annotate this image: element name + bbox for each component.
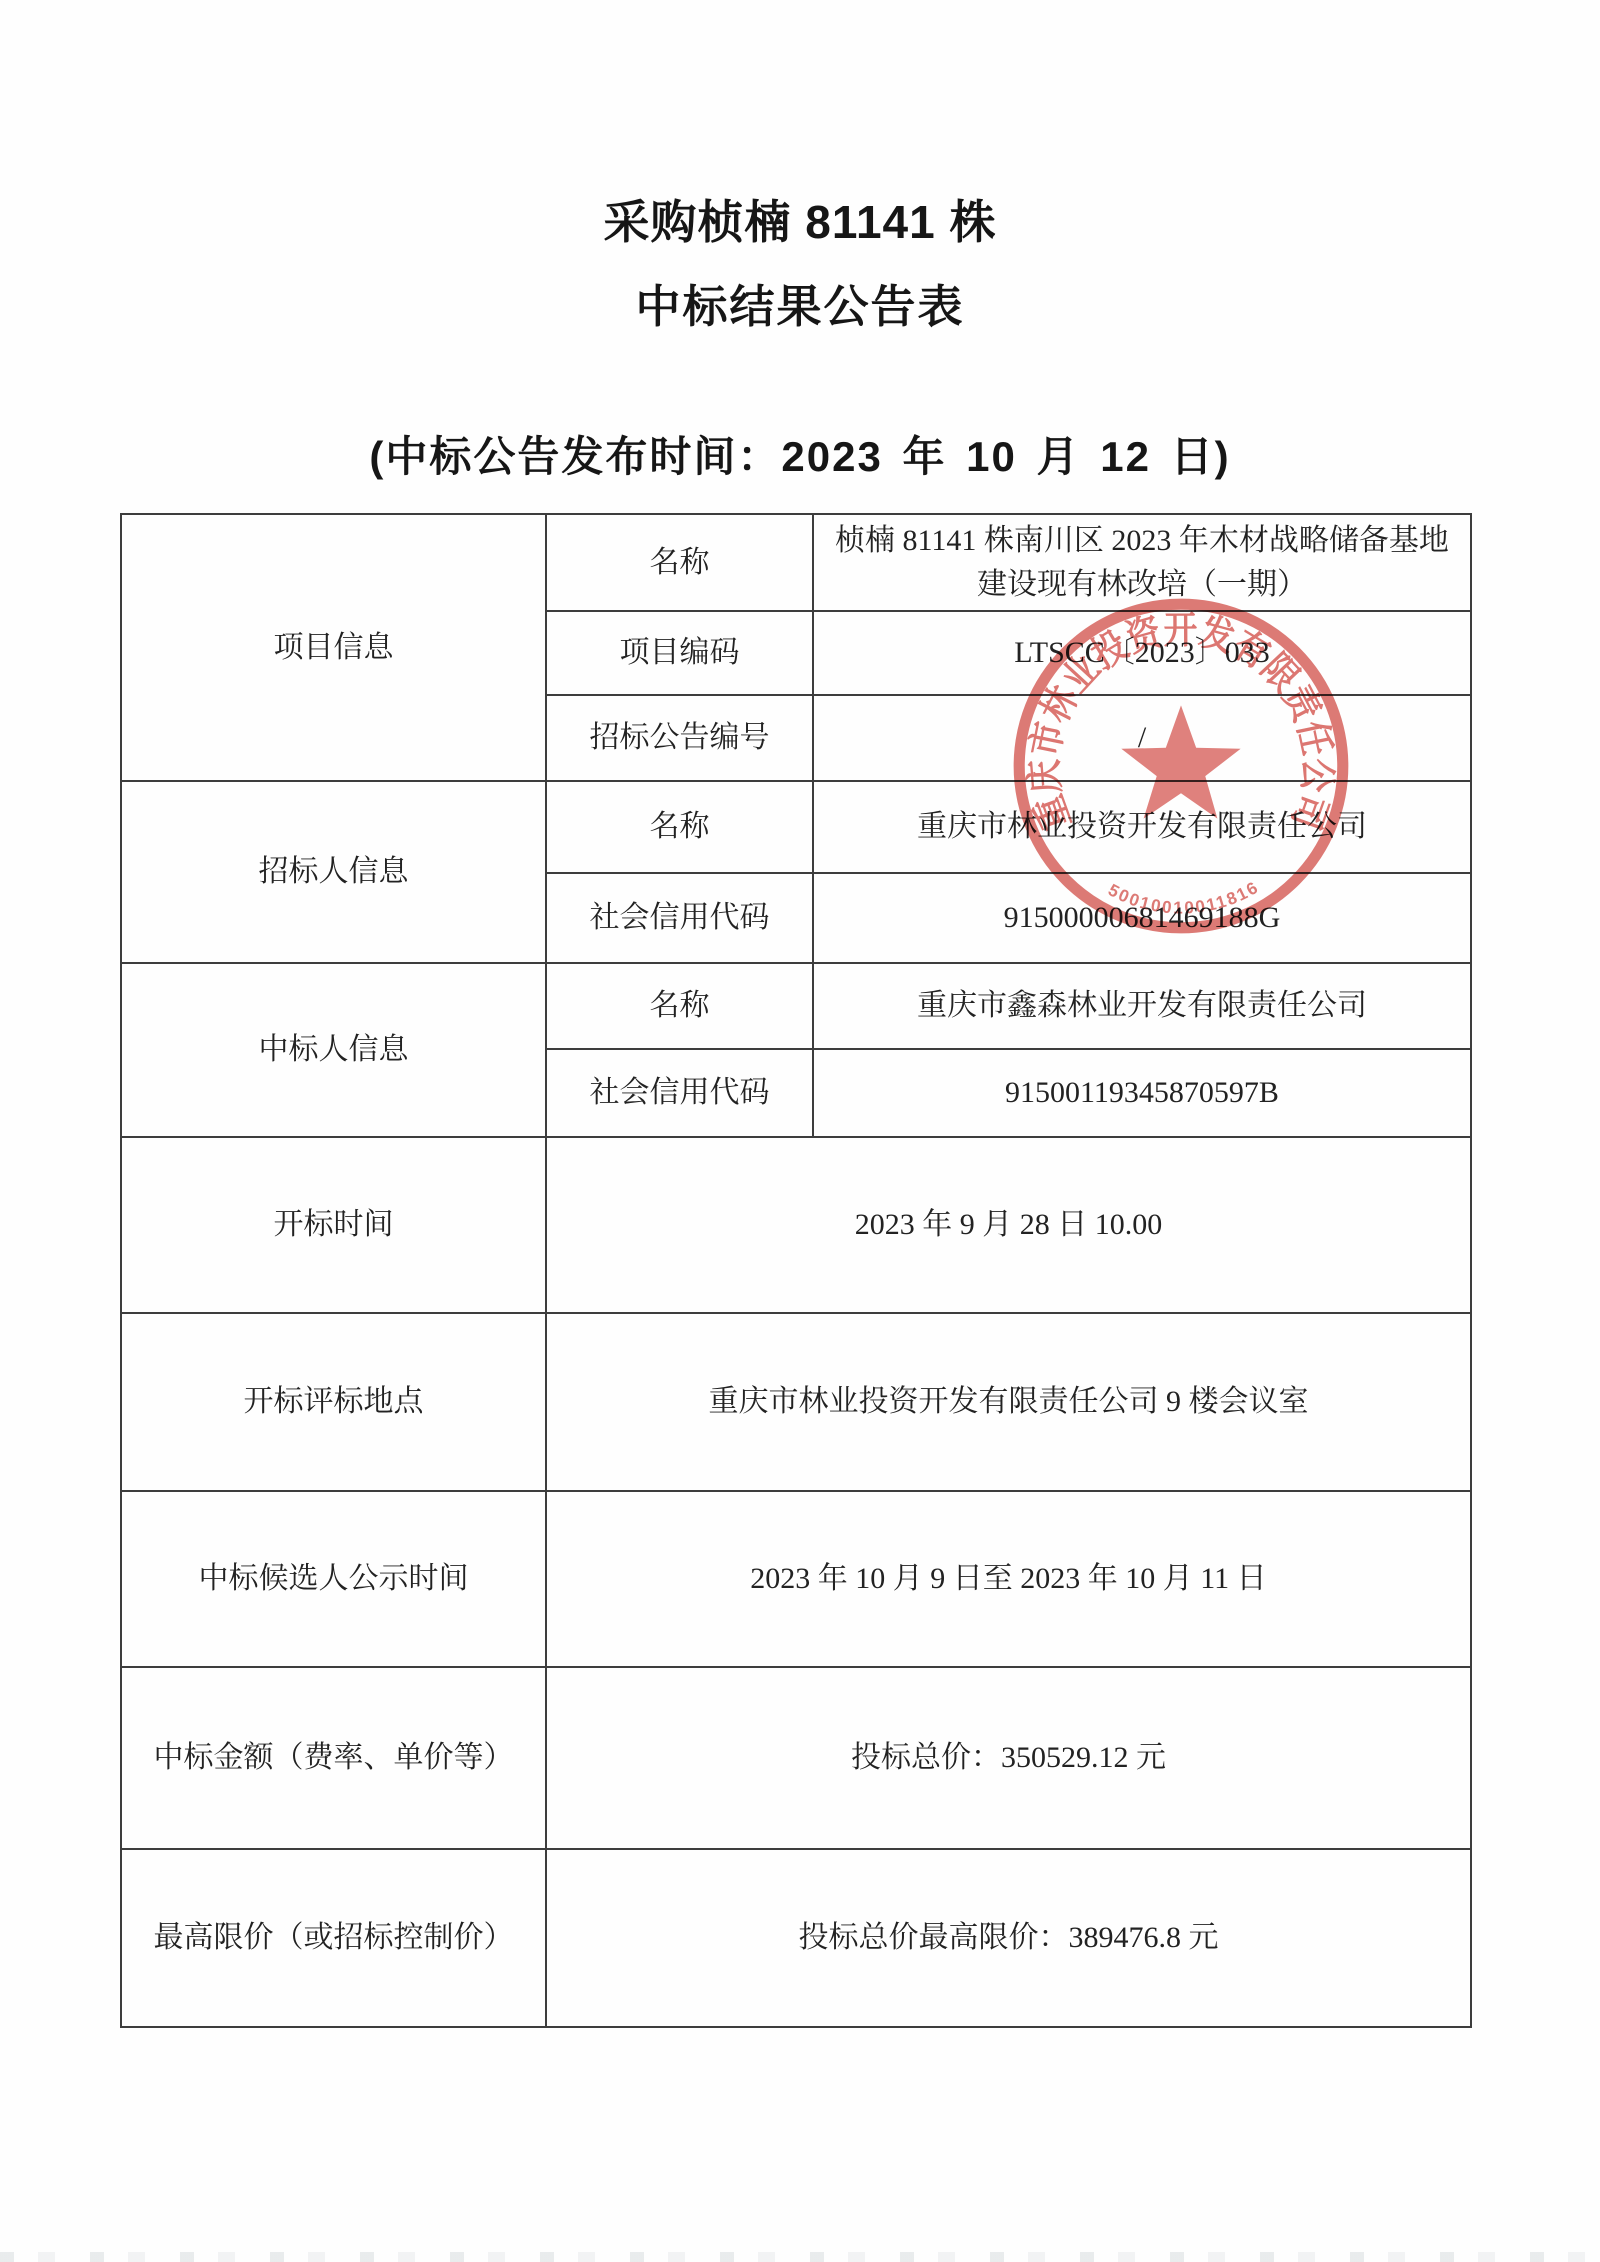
publish-time-line: (中标公告发布时间：2023 年 10 月 12 日) xyxy=(0,424,1600,484)
table-row: 中标金额（费率、单价等） 投标总价：350529.12 元 xyxy=(121,1667,1471,1849)
field-label-bid-opening-place: 开标评标地点 xyxy=(121,1313,546,1491)
field-label-winner-credit-code: 社会信用代码 xyxy=(546,1049,813,1137)
field-value-tenderer-name: 重庆市林业投资开发有限责任公司 xyxy=(813,781,1471,873)
field-value-winner-name: 重庆市鑫森林业开发有限责任公司 xyxy=(813,963,1471,1049)
document-page: 采购桢楠 81141 株 中标结果公告表 (中标公告发布时间：2023 年 10… xyxy=(0,0,1600,2262)
document-title-line1: 采购桢楠 81141 株 xyxy=(0,186,1600,252)
table-row: 中标人信息 名称 重庆市鑫森林业开发有限责任公司 xyxy=(121,963,1471,1049)
scan-edge-artifact xyxy=(0,2252,1600,2262)
field-value-candidate-publicity-period: 2023 年 10 月 9 日至 2023 年 10 月 11 日 xyxy=(546,1491,1471,1667)
field-label-project-code: 项目编码 xyxy=(546,611,813,695)
group-label-project-info: 项目信息 xyxy=(121,514,546,781)
table-row: 开标评标地点 重庆市林业投资开发有限责任公司 9 楼会议室 xyxy=(121,1313,1471,1491)
field-value-winner-credit-code: 91500119345870597B xyxy=(813,1049,1471,1137)
group-label-winner-info: 中标人信息 xyxy=(121,963,546,1137)
field-label-candidate-publicity-period: 中标候选人公示时间 xyxy=(121,1491,546,1667)
document-title-line2: 中标结果公告表 xyxy=(0,270,1600,335)
field-label-tenderer-name: 名称 xyxy=(546,781,813,873)
field-value-bid-opening-place: 重庆市林业投资开发有限责任公司 9 楼会议室 xyxy=(546,1313,1471,1491)
field-label-tenderer-credit-code: 社会信用代码 xyxy=(546,873,813,963)
field-value-tender-notice-no: / xyxy=(813,695,1471,781)
field-value-project-code: LTSCC〔2023〕033 xyxy=(813,611,1471,695)
field-value-tenderer-credit-code: 91500000681469188G xyxy=(813,873,1471,963)
table-row: 开标时间 2023 年 9 月 28 日 10.00 xyxy=(121,1137,1471,1313)
field-value-price-ceiling: 投标总价最高限价：389476.8 元 xyxy=(546,1849,1471,2027)
group-label-tenderer-info: 招标人信息 xyxy=(121,781,546,963)
field-label-price-ceiling: 最高限价（或招标控制价） xyxy=(121,1849,546,2027)
field-label-tender-notice-no: 招标公告编号 xyxy=(546,695,813,781)
field-label-project-name: 名称 xyxy=(546,514,813,611)
field-value-bid-opening-time: 2023 年 9 月 28 日 10.00 xyxy=(546,1137,1471,1313)
table-row: 最高限价（或招标控制价） 投标总价最高限价：389476.8 元 xyxy=(121,1849,1471,2027)
table-row: 中标候选人公示时间 2023 年 10 月 9 日至 2023 年 10 月 1… xyxy=(121,1491,1471,1667)
table-row: 招标人信息 名称 重庆市林业投资开发有限责任公司 xyxy=(121,781,1471,873)
table-row: 项目信息 名称 桢楠 81141 株南川区 2023 年木材战略储备基地建设现有… xyxy=(121,514,1471,611)
bid-result-table: 项目信息 名称 桢楠 81141 株南川区 2023 年木材战略储备基地建设现有… xyxy=(120,513,1472,2028)
field-value-project-name: 桢楠 81141 株南川区 2023 年木材战略储备基地建设现有林改培（一期） xyxy=(813,514,1471,611)
field-label-winner-name: 名称 xyxy=(546,963,813,1049)
field-label-winning-amount: 中标金额（费率、单价等） xyxy=(121,1667,546,1849)
field-label-bid-opening-time: 开标时间 xyxy=(121,1137,546,1313)
field-value-winning-amount: 投标总价：350529.12 元 xyxy=(546,1667,1471,1849)
